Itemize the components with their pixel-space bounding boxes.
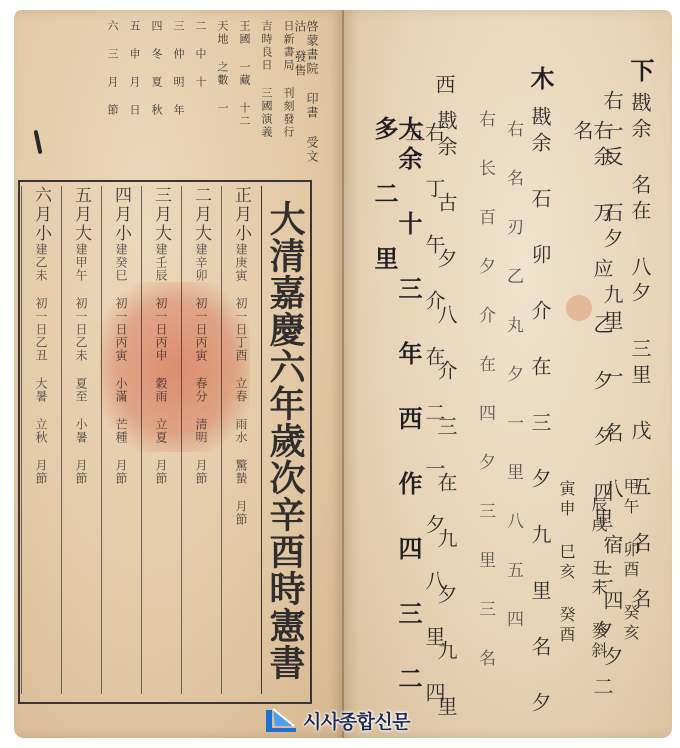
month-label: 三月大 [151,186,171,243]
news-watermark: 시사종합신문 [264,704,410,736]
book-logo-icon [264,706,298,734]
handwritten-column: 大余 十 三 年 西 作 四 三 二 多 二 里 [372,116,420,738]
handwritten-head: 右 [602,90,622,116]
note-column: 王國 一藏 十二 [239,20,250,128]
note-column: 啓蒙書院 印書 受文 沽 發售 [294,20,318,184]
month-label: 五月大 [71,186,91,243]
month-label: 六月小 [31,186,51,243]
right-page: 下 戡余 名在 八夕 三里 戊 五 名 名 右 一反 石夕 九里 一 名 八 宿… [344,10,672,738]
month-label: 四月小 [111,186,131,243]
note-column: 四 冬 夏 秋 [151,20,162,117]
note-column: 五 申 月 日 [129,20,140,117]
calendar-title: 大清嘉慶六年歲次辛酉時憲書 [261,186,308,694]
calendar-frame: 大清嘉慶六年歲次辛酉時憲書 正月小建庚寅 初一日丁酉 立春 雨水 驚蟄 月節 二… [18,180,312,704]
handwritten-column: 右 名 刃 乙 丸 夕 一 里 八 五 四 [504,120,521,633]
handwritten-column: 右 长 百 夕 介 在 四 夕 三 里 三 名 [476,110,493,672]
month-label: 二月大 [191,186,211,243]
note-column: 二 中 十 [195,20,206,89]
handwritten-column: 戡余 石 卯 介 在 三 夕 九 里 名 夕 [530,106,550,718]
note-column: 吉時良日 三國演義 [261,20,272,139]
month-column-5: 五月大建甲午 初一日乙未 夏至 小暑 月節 [61,186,100,694]
month-label: 正月小 [231,186,251,243]
footer-note: 寅申 巳亥 癸酉 [558,480,574,646]
note-column: 六 三 月 節 [107,20,118,117]
note-column: 日新書局 刊刻發行 [283,20,294,139]
footer-note: 辰戌 丑未 癸斜 [590,496,606,662]
month-column-6: 六月小建乙未 初一日乙丑 大暑 立秋 月節 [21,186,60,694]
handwritten-notes-top: 啓蒙書院 印書 受文 沽 發售 日新書局 刊刻發行 吉時良日 三國演義 王國 一… [92,16,322,184]
ink-mark [34,130,43,154]
footer-note: 甲午 卯酉 癸亥 [622,478,638,644]
watermark-text: 시사종합신문 [303,707,410,734]
handwritten-head: 下 [628,58,652,88]
handwritten-head: 木 [528,66,552,96]
note-column: 三 仲 明 年 [173,20,184,117]
handwritten-head: 西 [434,74,454,100]
left-page: 啓蒙書院 印書 受文 沽 發售 日新書局 刊刻發行 吉時良日 三國演義 王國 一… [14,10,344,738]
month-detail: 建甲午 初一日乙未 夏至 小暑 月節 [74,243,88,485]
red-seal-stamp [100,282,250,452]
historical-book: 啓蒙書院 印書 受文 沽 發售 日新書局 刊刻發行 吉時良日 三國演義 王國 一… [14,10,672,738]
note-column: 天地 之數 一 [217,20,228,115]
month-detail: 建乙未 初一日乙丑 大暑 立秋 月節 [34,243,48,485]
